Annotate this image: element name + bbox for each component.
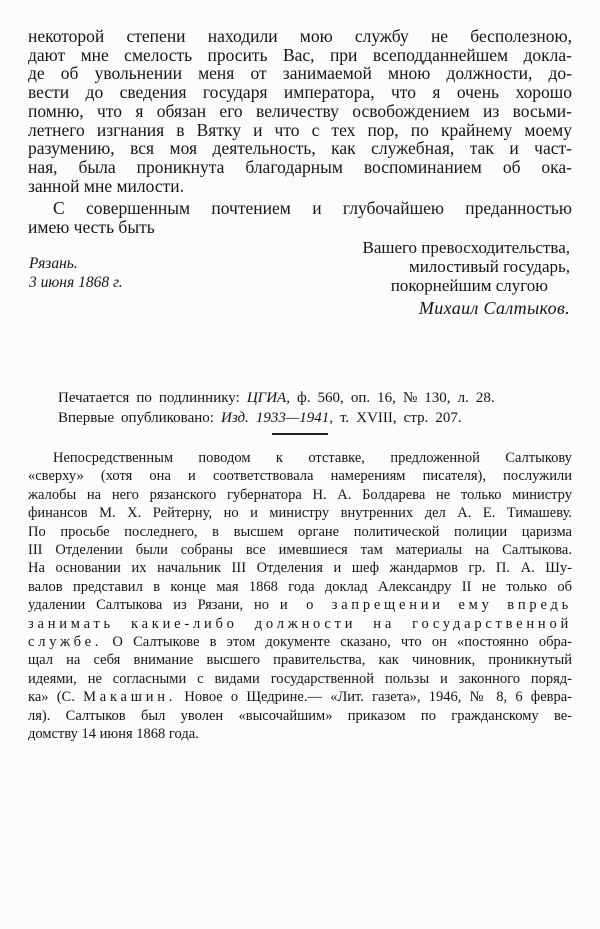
text-line: помню, что я обязан его величеству освоб… <box>28 102 572 121</box>
text-segment: дают мне смелость просить Вас, при всепо… <box>28 45 572 65</box>
text-line: По просьбе последнего, в высшем органе п… <box>28 523 572 541</box>
text-line: идеями, не согласными с видами государст… <box>28 670 572 688</box>
text-line: «сверху» (хотя она и соответствовала нам… <box>28 467 572 485</box>
text-line: дают мне смелость просить Вас, при всепо… <box>28 46 572 65</box>
text-line: разумению, вся моя деятельность, как слу… <box>28 139 572 158</box>
text-segment: идеями, не согласными с видами государст… <box>28 671 572 687</box>
text-segment: III Отделении были собраны все имевшиеся… <box>28 542 572 558</box>
commentary-text: Непосредственным поводом к отставке, пре… <box>28 445 572 744</box>
text-line: жалобы на него рязанского губернатора Н.… <box>28 486 572 504</box>
addressee-line: покорнейшим слугою <box>240 276 570 295</box>
text-segment: ка» (С. <box>28 689 83 705</box>
text-segment: щал на себя внимание высшего правительст… <box>28 652 572 668</box>
text-segment: ЦГИА, <box>247 390 290 406</box>
source-note: Печатается по подлиннику: ЦГИА, ф. 560, … <box>58 388 558 428</box>
text-segment: ная, была проникнута благодарным воспоми… <box>28 157 572 177</box>
book-page: некоторой степени находили мою службу не… <box>0 0 600 929</box>
text-line: удалении Салтыкова из Рязани, но и о зап… <box>28 596 572 614</box>
letter-body-text: некоторой степени находили мою службу не… <box>28 27 572 237</box>
text-segment: валов представил в конце мая 1868 года д… <box>28 579 572 595</box>
text-segment: службе. <box>28 634 102 650</box>
text-line: занимать какие-либо должности на государ… <box>28 615 572 633</box>
text-line: щал на себя внимание высшего правительст… <box>28 651 572 669</box>
text-segment: разумению, вся моя деятельность, как слу… <box>28 138 572 158</box>
valediction-block: Вашего превосходительства, милостивый го… <box>240 238 570 318</box>
text-segment: На основании их начальник III Отделения … <box>28 560 572 576</box>
section-divider-rule <box>272 433 328 435</box>
text-segment: О Салтыкове в этом документе сказано, чт… <box>102 634 572 650</box>
text-segment: вести до сведения государя императора, ч… <box>28 82 572 102</box>
text-line: занной мне милости. <box>28 177 572 196</box>
addressee-line: милостивый государь, <box>240 257 570 276</box>
text-line: Печатается по подлиннику: ЦГИА, ф. 560, … <box>58 388 558 408</box>
text-segment: занимать какие-либо должности на государ… <box>28 616 572 632</box>
text-segment: домству 14 июня 1868 года. <box>28 726 199 742</box>
text-line: III Отделении были собраны все имевшиеся… <box>28 541 572 559</box>
text-segment: ф. 560, оп. 16, № 130, л. 28. <box>290 390 495 406</box>
dateline-place: Рязань. <box>29 254 123 273</box>
text-line: валов представил в конце мая 1868 года д… <box>28 578 572 596</box>
addressee-line: Вашего превосходительства, <box>240 238 570 257</box>
text-segment: летнего изгнания в Вятку и что с тех пор… <box>28 120 572 140</box>
text-line: финансов М. Х. Рейтерну, но и министру в… <box>28 504 572 522</box>
text-segment: , т. XVIII, стр. 207. <box>329 410 461 426</box>
text-segment: Новое о Щедрине.— «Лит. газета», 1946, №… <box>176 689 572 705</box>
text-line: имею честь быть <box>28 218 572 237</box>
text-segment: Впервые опубликовано: <box>58 410 221 426</box>
text-segment: Изд. 1933—1941 <box>221 410 329 426</box>
text-segment: де об увольнении меня от занимаемой мною… <box>28 63 572 83</box>
text-segment: По просьбе последнего, в высшем органе п… <box>28 524 572 540</box>
text-line: летнего изгнания в Вятку и что с тех пор… <box>28 121 572 140</box>
dateline-date: 3 июня 1868 г. <box>29 273 123 292</box>
text-segment: «сверху» (хотя она и соответствовала нам… <box>28 468 572 484</box>
text-segment: Непосредственным поводом к отставке, пре… <box>53 450 572 466</box>
dateline: Рязань. 3 июня 1868 г. <box>29 254 123 292</box>
text-line: ка» (С. Макашин. Новое о Щедрине.— «Лит.… <box>28 688 572 706</box>
text-segment: Макашин. <box>83 689 176 705</box>
text-segment: жалобы на него рязанского губернатора Н.… <box>28 487 572 503</box>
signature-name: Михаил Салтыков. <box>240 299 570 318</box>
text-line: де об увольнении меня от занимаемой мною… <box>28 64 572 83</box>
text-segment: имею честь быть <box>28 217 155 237</box>
text-segment: финансов М. Х. Рейтерну, но и министру в… <box>28 505 572 521</box>
text-line: службе. О Салтыкове в этом документе ска… <box>28 633 572 651</box>
text-segment: ля). Салтыков был уволен «высочайшим» пр… <box>28 708 572 724</box>
text-line: ная, была проникнута благодарным воспоми… <box>28 158 572 177</box>
text-line: некоторой степени находили мою службу не… <box>28 27 572 46</box>
text-segment: удалении Салтыкова из Рязани, но <box>28 597 280 613</box>
text-line: На основании их начальник III Отделения … <box>28 559 572 577</box>
text-segment: занной мне милости. <box>28 176 184 196</box>
text-segment: Печатается по подлиннику: <box>58 390 247 406</box>
text-line: Впервые опубликовано: Изд. 1933—1941, т.… <box>58 408 558 428</box>
text-line: С совершенным почтением и глубочайшею пр… <box>28 199 572 218</box>
text-segment: и о запрещении ему впредь <box>280 597 572 613</box>
text-segment: С совершенным почтением и глубочайшею пр… <box>53 198 572 218</box>
text-line: вести до сведения государя императора, ч… <box>28 83 572 102</box>
text-line: домству 14 июня 1868 года. <box>28 725 572 743</box>
text-segment: помню, что я обязан его величеству освоб… <box>28 101 572 121</box>
text-segment: некоторой степени находили мою службу не… <box>28 26 572 46</box>
text-line: ля). Салтыков был уволен «высочайшим» пр… <box>28 707 572 725</box>
text-line: Непосредственным поводом к отставке, пре… <box>28 449 572 467</box>
